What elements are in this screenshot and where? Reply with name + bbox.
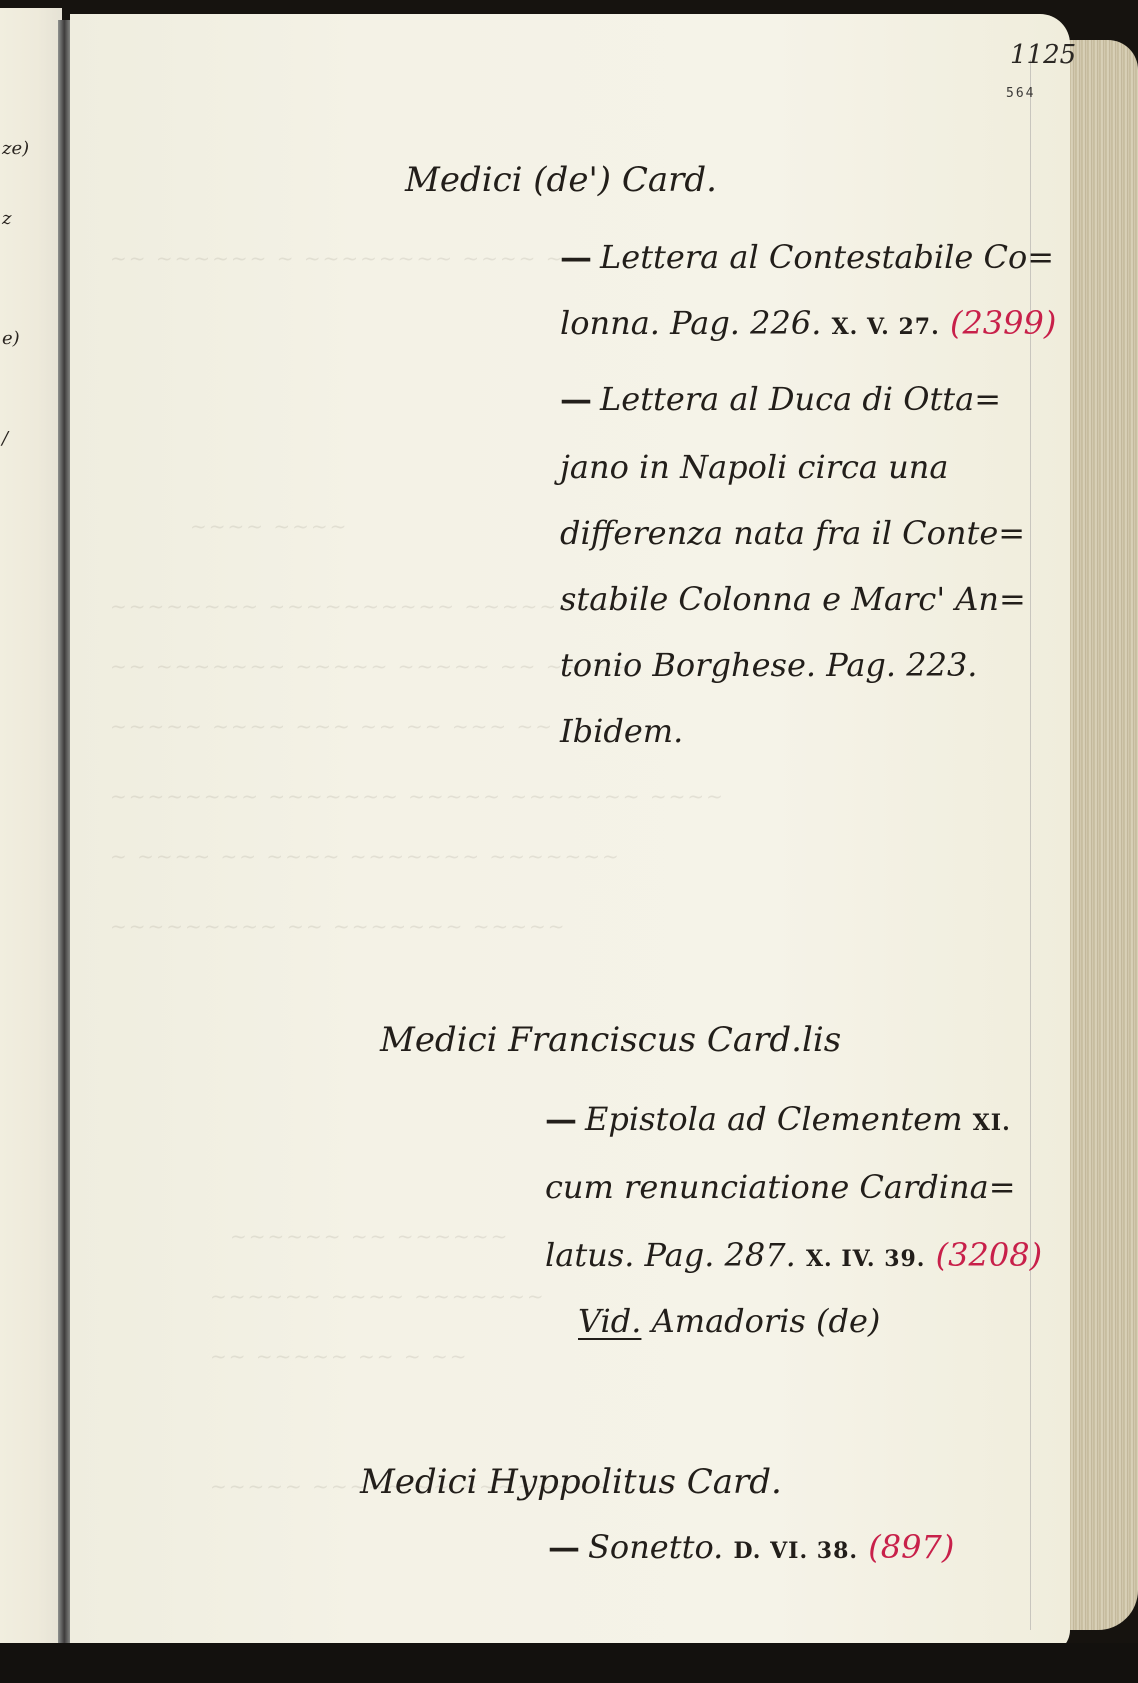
- previous-page-edge: ze) z e) /: [0, 8, 62, 1648]
- page-edge-stack: [1068, 40, 1138, 1630]
- bleed-through-text: ~~ ~~~~~ ~~ ~ ~~: [210, 1344, 469, 1368]
- entry-heading-medici-hyppolitus: Medici Hyppolitus Card.: [360, 1462, 782, 1502]
- bleed-through-text: ~~ ~~~~~~ ~ ~~~~~~~~ ~~~~ ~~: [110, 246, 583, 270]
- entry-line: —Lettera al Contestabile Co=: [560, 238, 1054, 276]
- bleed-through-text: ~~~~~~ ~~ ~~~~~~: [230, 1224, 509, 1248]
- left-page-fragment: e): [2, 328, 20, 349]
- see-also-label: Vid.: [578, 1302, 641, 1340]
- entry-text: Sonetto.: [588, 1528, 723, 1566]
- bleed-through-text: ~~~~ ~~~~: [190, 514, 348, 538]
- scan-background-bottom: [0, 1643, 1138, 1683]
- entry-line: differenza nata fra il Conte=: [560, 514, 1025, 552]
- catalog-reference-red: (2399): [950, 304, 1056, 342]
- shelfmark: D. VI. 38.: [734, 1538, 859, 1564]
- bleed-through-text: ~~~~~~~~ ~~~~~~~ ~~~~~ ~~~~~~~ ~~~~: [110, 784, 725, 808]
- left-page-fragment: /: [2, 428, 8, 449]
- entry-heading-medici-franciscus: Medici Franciscus Card.lis: [380, 1020, 841, 1060]
- entry-heading-medici-card: Medici (de') Card.: [405, 160, 717, 200]
- entry-text: Epistola ad Clementem: [585, 1100, 963, 1138]
- catalog-reference-red: (897): [868, 1528, 954, 1566]
- left-page-fragment: z: [2, 208, 11, 229]
- entry-text: lonna. Pag. 226.: [560, 304, 821, 342]
- entry-line: —Sonetto. D. VI. 38. (897): [548, 1528, 954, 1566]
- manuscript-scan: ze) z e) / ~~ ~~~~~~ ~ ~~~~~~~~ ~~~~ ~~ …: [0, 0, 1138, 1683]
- entry-text: Lettera al Contestabile Co=: [600, 238, 1054, 276]
- entry-line: cum renunciatione Cardina=: [545, 1168, 1016, 1206]
- bleed-through-text: ~~~~~ ~~~~ ~~~ ~~ ~~ ~~~ ~~: [110, 714, 554, 738]
- entry-line: jano in Napoli circa una: [560, 448, 948, 486]
- entry-line: tonio Borghese. Pag. 223.: [560, 646, 977, 684]
- bleed-through-text: ~~ ~~~~~~~ ~~~~~ ~~~~~ ~~ ~~ ~~: [110, 654, 629, 678]
- entry-text: Lettera al Duca di Otta=: [600, 380, 1001, 418]
- bleed-through-text: ~~~~~~~~~ ~~ ~~~~~~~ ~~~~~: [110, 914, 567, 938]
- dash-mark: —: [545, 1100, 577, 1138]
- see-also-target: Amadoris (de): [652, 1302, 881, 1340]
- entry-line: —Lettera al Duca di Otta=: [560, 380, 1001, 418]
- folio-number: 1125: [1010, 40, 1076, 70]
- shelfmark: X. V. 27.: [832, 314, 940, 340]
- stamped-page-number: 564: [1006, 86, 1035, 101]
- entry-line: lonna. Pag. 226. X. V. 27. (2399): [560, 304, 1056, 342]
- entry-line: latus. Pag. 287. X. IV. 39. (3208): [545, 1236, 1042, 1274]
- bleed-through-text: ~ ~~~~ ~~ ~~~~ ~~~~~~~ ~~~~~~~: [110, 844, 621, 868]
- pope-numeral: XI.: [973, 1110, 1011, 1136]
- catalog-reference-red: (3208): [936, 1236, 1042, 1274]
- entry-line: stabile Colonna e Marc' An=: [560, 580, 1026, 618]
- entry-line: Ibidem.: [560, 712, 683, 750]
- dash-mark: —: [560, 238, 592, 276]
- margin-rule-line: [1030, 60, 1031, 1630]
- dash-mark: —: [548, 1528, 580, 1566]
- see-also-line: Vid. Amadoris (de): [578, 1302, 880, 1340]
- shelfmark: X. IV. 39.: [806, 1246, 926, 1272]
- entry-text: latus. Pag. 287.: [545, 1236, 796, 1274]
- entry-line: —Epistola ad Clementem XI.: [545, 1100, 1011, 1138]
- dash-mark: —: [560, 380, 592, 418]
- bleed-through-text: ~~~~~~~~ ~~~~~~~~~~ ~~~~~~~~: [110, 594, 614, 618]
- left-page-fragment: ze): [2, 138, 29, 159]
- bleed-through-text: ~~~~~~ ~~~~ ~~~~~~~: [210, 1284, 546, 1308]
